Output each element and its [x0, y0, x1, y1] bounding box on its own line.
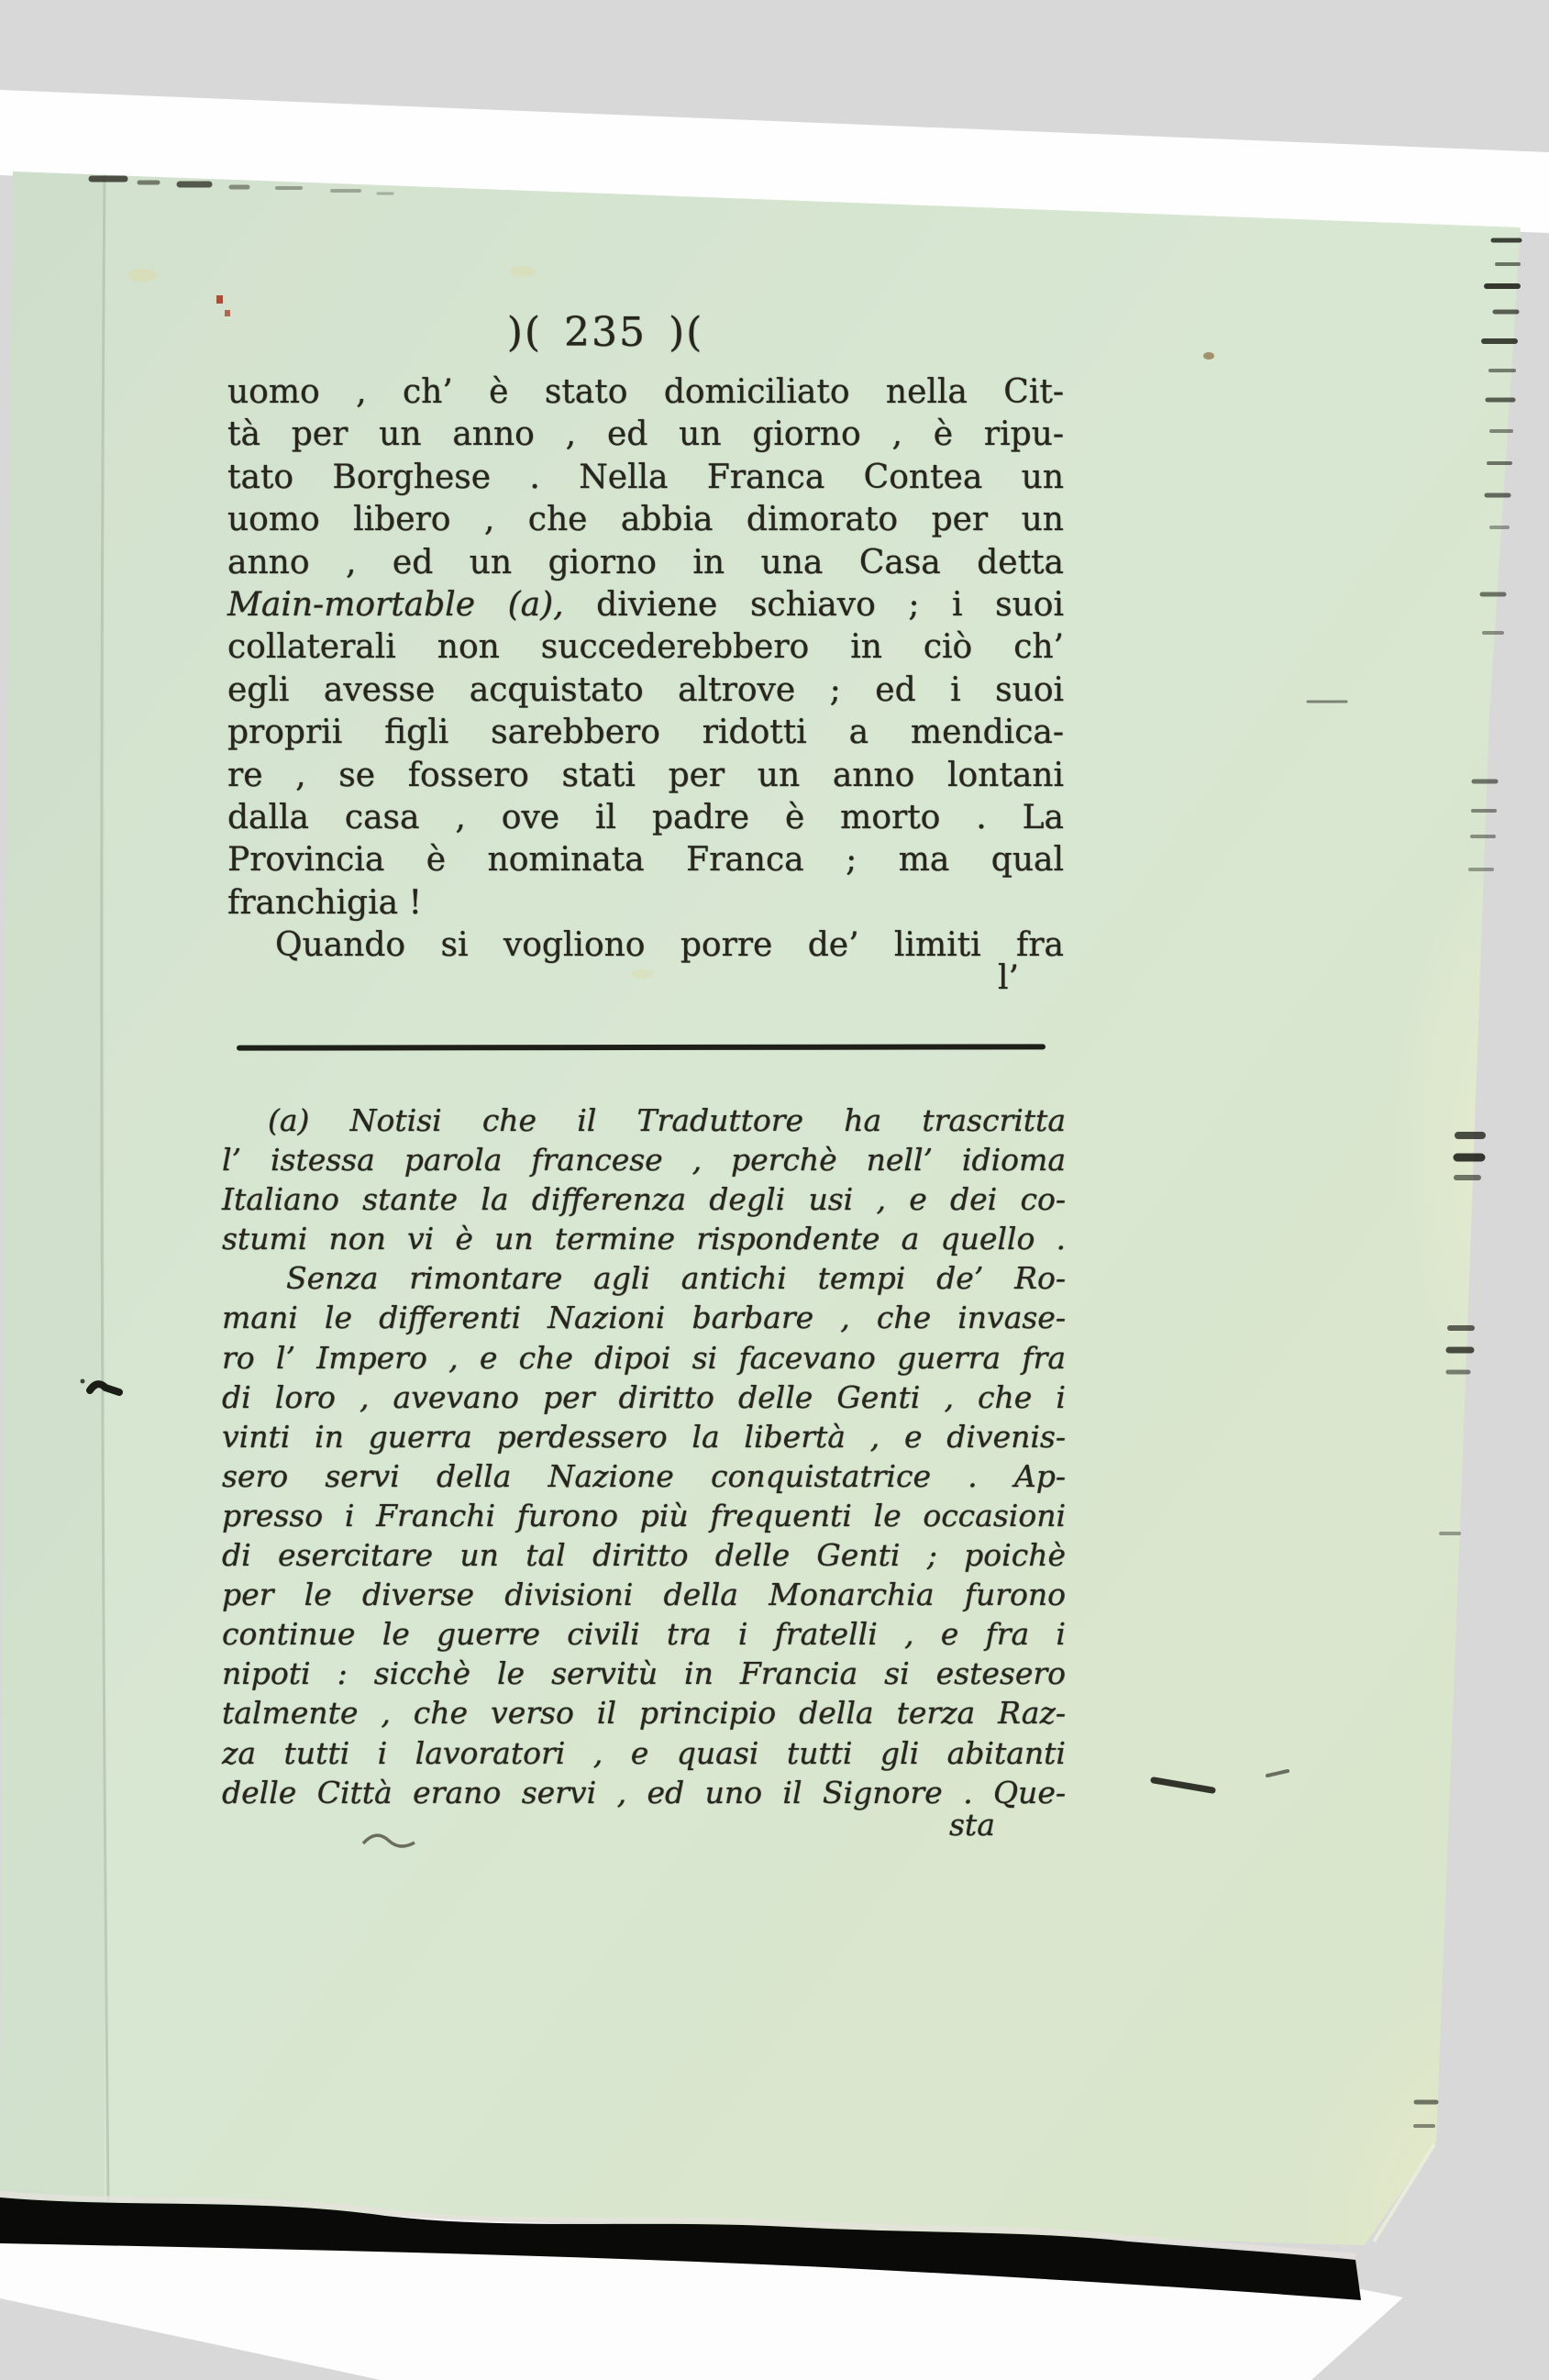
text-line: re , se fossero stati per un anno lontan… — [227, 755, 1064, 797]
footnote-line: ro l’ Impero , e che dipoi si facevano g… — [222, 1338, 1066, 1378]
text-line: tà per un anno , ed un giorno , è ripu- — [227, 414, 1064, 456]
footnote-line: Senza rimontare agli antichi tempi de’ R… — [222, 1258, 1066, 1298]
text-line: Main-mortable (a), diviene schiavo ; i s… — [227, 584, 1064, 626]
footnote-line: mani le differenti Nazioni barbare , che… — [222, 1298, 1066, 1337]
text-line: anno , ed un giorno in una Casa detta — [227, 542, 1064, 584]
footnote-line: di esercitare un tal diritto delle Genti… — [222, 1535, 1066, 1575]
text-line: tato Borghese . Nella Franca Contea un — [227, 457, 1064, 499]
line-rest: diviene schiavo ; i suoi — [564, 586, 1064, 624]
scanned-book-page: )( 235 )( uomo , ch’ è stato domiciliato… — [0, 0, 1549, 2380]
page-number: )( 235 )( — [459, 306, 752, 360]
footnote-line: delle Città erano servi , ed uno il Sign… — [222, 1773, 1066, 1812]
text-line: Quando si vogliono porre de’ limiti fra — [227, 924, 1064, 967]
footnote-line: sero servi della Nazione conquistatrice … — [222, 1456, 1066, 1496]
footnote-line: talmente , che verso il principio della … — [222, 1693, 1066, 1732]
footnote-separator — [237, 1044, 1046, 1050]
footnote-line: stumi non vi è un termine rispondente a … — [222, 1219, 1066, 1258]
text-line: uomo , ch’ è stato domiciliato nella Cit… — [227, 371, 1064, 414]
footnote-line: za tutti i lavoratori , e quasi tutti gl… — [222, 1733, 1066, 1773]
text-line: proprii figli sarebbero ridotti a mendic… — [227, 712, 1064, 754]
footnote-line: di loro , avevano per diritto delle Gent… — [222, 1378, 1066, 1417]
text-line: egli avesse acquistato altrove ; ed i su… — [227, 670, 1064, 712]
catchword: sta — [949, 1807, 995, 1843]
text-line: Provincia è nominata Franca ; ma qual — [227, 839, 1064, 881]
footnote-line: continue le guerre civili tra i fratelli… — [222, 1614, 1066, 1654]
footnote-line: per le diverse divisioni della Monarchia… — [222, 1575, 1066, 1614]
text-line: collaterali non succederebbero in ciò ch… — [227, 626, 1064, 669]
footnote-line: Italiano stante la differenza degli usi … — [222, 1179, 1066, 1219]
catchword: l’ — [998, 959, 1019, 997]
main-text-block: uomo , ch’ è stato domiciliato nella Cit… — [227, 371, 1064, 967]
text-line: dalla casa , ove il padre è morto . La — [227, 797, 1064, 839]
text-line: uomo libero , che abbia dimorato per un — [227, 499, 1064, 541]
text-line: franchigia ! — [227, 882, 1064, 924]
footnote-line: vinti in guerra perdessero la libertà , … — [222, 1417, 1066, 1456]
italic-term: Main-mortable (a), — [227, 586, 564, 624]
page-content: )( 235 )( uomo , ch’ è stato domiciliato… — [0, 0, 1549, 2380]
footnote-line: nipoti : sicchè le servitù in Francia si… — [222, 1654, 1066, 1693]
footnote-line: presso i Franchi furono più frequenti le… — [222, 1496, 1066, 1535]
footnote-line: (a) Notisi che il Traduttore ha trascrit… — [222, 1101, 1066, 1140]
footnote-line: l’ istessa parola francese , perchè nell… — [222, 1140, 1066, 1179]
footnote-block: (a) Notisi che il Traduttore ha trascrit… — [222, 1101, 1066, 1812]
